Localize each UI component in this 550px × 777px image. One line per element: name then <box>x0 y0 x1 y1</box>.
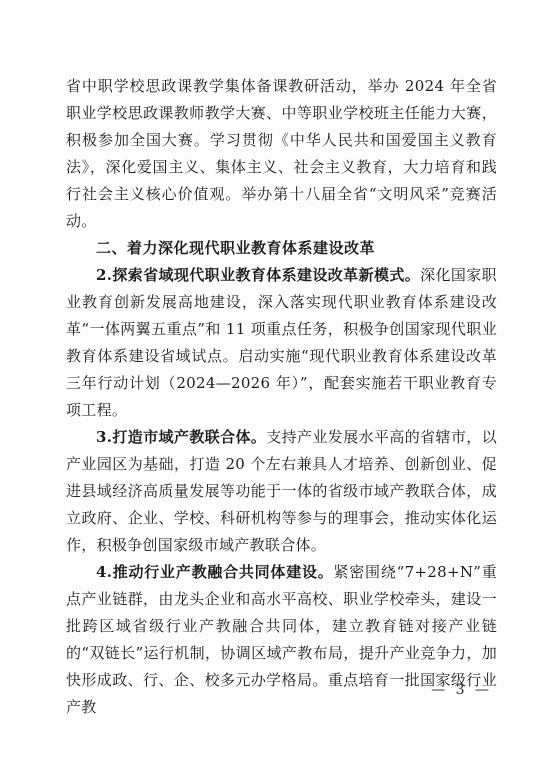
paragraph-item-3: 3.打造市域产教联合体。支持产业发展水平高的省辖市，以产业园区为基础，打造 20… <box>66 424 497 559</box>
section-heading: 二、着力深化现代职业教育体系建设改革 <box>66 235 497 262</box>
document-body: 省中职学校思政课教学集体备课教研活动，举办 2024 年全省职业学校思政课教师教… <box>66 73 497 721</box>
paragraph-lead-3: 3.打造市域产教联合体。 <box>96 428 266 446</box>
document-page: 省中职学校思政课教学集体备课教研活动，举办 2024 年全省职业学校思政课教师教… <box>0 0 550 777</box>
paragraph-item-2: 2.探索省域现代职业教育体系建设改革新模式。深化国家职业教育创新发展高地建设，深… <box>66 262 497 424</box>
paragraph-text-2: 深化国家职业教育创新发展高地建设，深入落实现代职业教育体系建设改革“一体两翼五重… <box>66 266 497 419</box>
paragraph-text-3: 支持产业发展水平高的省辖市，以产业园区为基础，打造 20 个左右兼具人才培养、创… <box>66 428 497 554</box>
paragraph-continued: 省中职学校思政课教学集体备课教研活动，举办 2024 年全省职业学校思政课教师教… <box>66 73 497 235</box>
paragraph-lead-2: 2.探索省域现代职业教育体系建设改革新模式。 <box>96 266 420 284</box>
page-number: — 3 — <box>431 680 492 700</box>
paragraph-lead-4: 4.推动行业产教融合共同体建设。 <box>96 563 334 581</box>
